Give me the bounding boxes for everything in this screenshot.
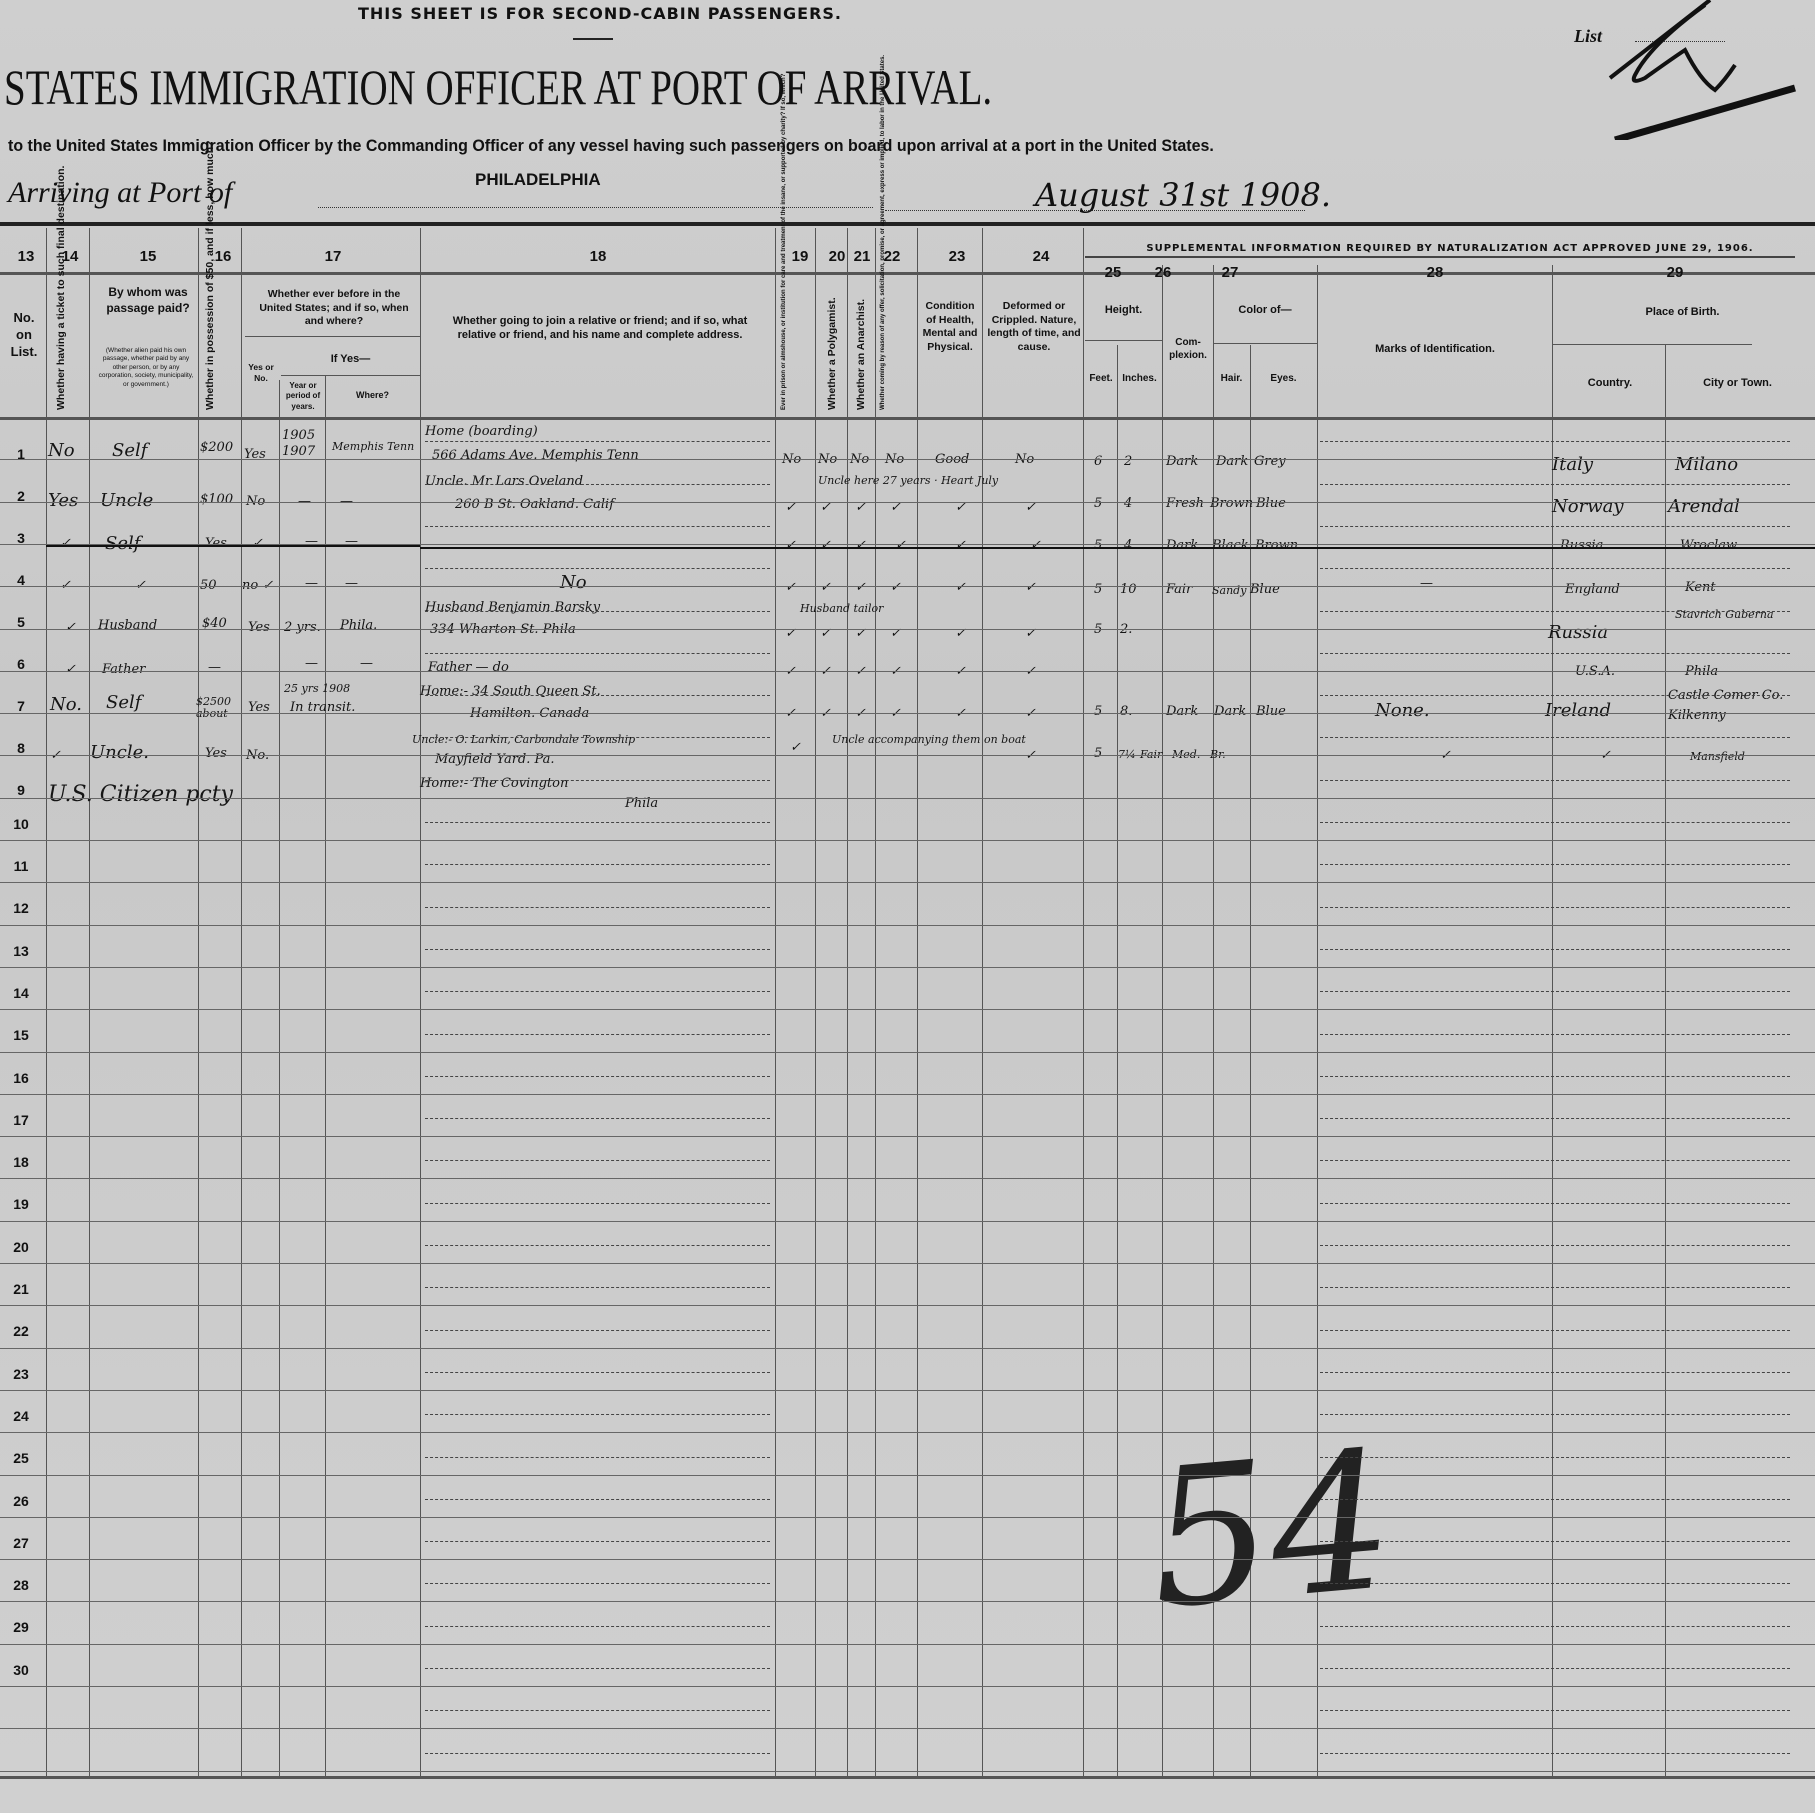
- r1-year: 1905 1907: [282, 428, 322, 459]
- row-rule: [0, 882, 1815, 883]
- col-num-27: 27: [1215, 264, 1245, 281]
- dotted-guide: [425, 1414, 770, 1415]
- dotted-guide: [1320, 484, 1790, 485]
- row3-strikethrough: [46, 545, 420, 547]
- r8-feet: 5: [1094, 746, 1102, 761]
- row-number: 10: [6, 816, 36, 832]
- hdr-ticket: Whether having a ticket to such final de…: [55, 240, 67, 410]
- row-number: 7: [6, 698, 36, 714]
- col-num-21: 21: [847, 248, 877, 265]
- r1-feet: 6: [1094, 454, 1102, 469]
- r8-note: Uncle accompanying them on boat: [832, 732, 1062, 749]
- dotted-guide: [425, 1583, 770, 1584]
- row-rule: [0, 1305, 1815, 1306]
- row3-strikethrough: [420, 547, 1815, 549]
- r3-inches: 4: [1124, 538, 1132, 553]
- dotted-guide: [1320, 1076, 1790, 1077]
- dotted-guide: [1320, 1372, 1790, 1373]
- r7-complexion: Dark: [1166, 704, 1198, 719]
- r1-join-1: Home (boarding): [425, 424, 538, 439]
- r3-anarchist: ✓: [855, 538, 866, 553]
- row-number: 12: [6, 900, 36, 916]
- hdr-ever-before: Whether ever before in the United States…: [250, 288, 418, 329]
- r1-money: $200: [200, 440, 233, 455]
- hdr-passage-note: (Whether alien paid his own passage, whe…: [96, 347, 196, 389]
- port-field-line: [318, 207, 873, 208]
- arriving-label: Arriving at Port of: [8, 176, 232, 210]
- row-rule: [0, 1771, 1815, 1772]
- r6-ticket: ✓: [65, 662, 76, 677]
- dotted-guide: [1320, 1245, 1790, 1246]
- row-number: 16: [6, 1070, 36, 1086]
- dotted-guide: [425, 1076, 770, 1077]
- col17-subrule: [245, 336, 420, 337]
- r2-complexion: Fresh: [1166, 496, 1204, 511]
- dotted-guide: [1320, 949, 1790, 950]
- hdr-prison: Ever in prison or almshouse, or institut…: [781, 270, 788, 410]
- r5-paid-by: Husband: [98, 618, 157, 633]
- col-divider: [1665, 345, 1666, 1776]
- row-number: 19: [6, 1196, 36, 1212]
- col27-subrule: [1213, 343, 1317, 344]
- hdr-where: Where?: [325, 390, 420, 402]
- dotted-guide: [1320, 1034, 1790, 1035]
- row-number: 28: [6, 1577, 36, 1593]
- r2-hair: Brown: [1210, 496, 1253, 511]
- col-num-24: 24: [1026, 248, 1056, 265]
- r5-country: Russia: [1548, 622, 1608, 643]
- hdr-year: Year or period of years.: [281, 381, 325, 412]
- r4-polygamist: ✓: [820, 580, 831, 595]
- banner-rule: [573, 38, 613, 40]
- dotted-guide: [425, 526, 770, 527]
- page-title: STATES IMMIGRATION OFFICER AT PORT OF AR…: [4, 58, 992, 116]
- r4-deformed: ✓: [1025, 580, 1036, 595]
- dotted-guide: [1320, 1541, 1790, 1542]
- dotted-guide: [1320, 1118, 1790, 1119]
- r8-join-1: Uncle:- O. Larkin, Carbondale Township: [412, 733, 635, 746]
- dotted-guide: [1320, 1499, 1790, 1500]
- r2-join-2: 260 B St. Oakland. Calif: [455, 497, 614, 512]
- bottom-rule: [0, 1776, 1815, 1779]
- hdr-feet: Feet.: [1085, 372, 1117, 385]
- dotted-guide: [1320, 1203, 1790, 1204]
- r1-ticket: No: [48, 440, 75, 461]
- header-rule: [0, 222, 1815, 226]
- dotted-guide: [1320, 737, 1790, 738]
- r4-marks: —: [1420, 576, 1433, 591]
- r8-prison: ✓: [790, 740, 801, 755]
- r7-inches: 8.: [1120, 704, 1132, 719]
- r4-join-1: No: [560, 572, 587, 593]
- row-number: 22: [6, 1323, 36, 1339]
- row-rule: [0, 1517, 1815, 1518]
- r5-year: 2 yrs.: [284, 620, 321, 635]
- dotted-guide: [425, 1118, 770, 1119]
- row-number: 13: [6, 943, 36, 959]
- row-rule: [0, 1052, 1815, 1053]
- col-num-29: 29: [1660, 264, 1690, 281]
- r1-hair: Dark: [1216, 454, 1248, 469]
- dotted-guide: [425, 949, 770, 950]
- hdr-hair: Hair.: [1213, 372, 1250, 385]
- row-number: 27: [6, 1535, 36, 1551]
- r9-join-1: Home:- The Covington: [420, 776, 568, 791]
- sheet-banner: THIS SHEET IS FOR SECOND-CABIN PASSENGER…: [0, 4, 1200, 23]
- r2-country: Norway: [1552, 496, 1624, 517]
- hdr-polygamist: Whether a Polygamist.: [826, 270, 838, 410]
- r4-complexion: Fair: [1166, 582, 1192, 597]
- col-divider: [1117, 345, 1118, 1776]
- r7-paid-by: Self: [106, 692, 141, 713]
- r5-where: Phila.: [340, 618, 377, 633]
- col29-subrule: [1552, 344, 1752, 345]
- r7-join-1: Home:- 34 South Queen St.: [420, 684, 601, 699]
- hdr-complexion: Com-plexion.: [1164, 336, 1212, 362]
- dotted-guide: [425, 1541, 770, 1542]
- row-rule: [0, 1601, 1815, 1602]
- r4-prison: ✓: [785, 580, 796, 595]
- row-rule: [0, 1009, 1815, 1010]
- row-rule: [0, 502, 1815, 503]
- dotted-guide: [425, 568, 770, 569]
- dotted-guide: [1320, 1414, 1790, 1415]
- dotted-guide: [425, 822, 770, 823]
- row-rule: [0, 1686, 1815, 1687]
- row-rule: [0, 1559, 1815, 1560]
- dotted-guide: [425, 1710, 770, 1711]
- list-handwritten-mark-icon: [1550, 0, 1810, 140]
- r5-before: Yes: [248, 620, 270, 635]
- r6-join-1: Father — do: [428, 660, 509, 675]
- row-rule: [0, 1221, 1815, 1222]
- row-number: 5: [6, 614, 36, 630]
- dotted-guide: [1320, 1160, 1790, 1161]
- col-num-19: 19: [785, 248, 815, 265]
- r2-ticket: Yes: [48, 490, 78, 511]
- r2-feet: 5: [1094, 496, 1102, 511]
- r4-city: Kent: [1685, 580, 1716, 595]
- r3-contract: ✓: [895, 538, 906, 553]
- dotted-guide: [425, 907, 770, 908]
- r4-eyes: Blue: [1250, 582, 1280, 597]
- hdr-anarchist: Whether an Anarchist.: [855, 270, 867, 410]
- dotted-guide: [425, 1457, 770, 1458]
- col-divider: [847, 228, 848, 1776]
- row-number: 18: [6, 1154, 36, 1170]
- row-rule: [0, 459, 1815, 460]
- r7-marks: None.: [1375, 700, 1430, 721]
- row-number: 15: [6, 1027, 36, 1043]
- col-divider: [1552, 265, 1553, 1776]
- hdr-if-yes: If Yes—: [281, 352, 420, 366]
- col-divider: [1083, 228, 1084, 1776]
- col-divider: [198, 228, 199, 1776]
- row-rule: [0, 1178, 1815, 1179]
- r4-feet: 5: [1094, 582, 1102, 597]
- dotted-guide: [1320, 611, 1790, 612]
- col-num-13: 13: [8, 248, 44, 265]
- r2-join-1: Uncle. Mr Lars Oveland: [425, 474, 583, 489]
- dotted-guide: [425, 484, 770, 485]
- row-rule: [0, 1644, 1815, 1645]
- r3-health: ✓: [955, 538, 966, 553]
- dotted-guide: [1320, 441, 1790, 442]
- row-number: 29: [6, 1619, 36, 1635]
- row-rule: [0, 1263, 1815, 1264]
- r7-eyes: Blue: [1256, 704, 1286, 719]
- col25-subrule: [1085, 340, 1162, 341]
- r7-hair: Dark: [1214, 704, 1246, 719]
- row-number: 24: [6, 1408, 36, 1424]
- row-rule: [0, 798, 1815, 799]
- hdr-height: Height.: [1085, 303, 1162, 317]
- r6-paid-by: Father: [102, 662, 145, 677]
- dotted-guide: [1320, 1710, 1790, 1711]
- dotted-guide: [425, 1499, 770, 1500]
- row-rule: [0, 840, 1815, 841]
- col-num-28: 28: [1420, 264, 1450, 281]
- r3-complexion: Dark: [1166, 538, 1198, 553]
- r4-contract: ✓: [890, 580, 901, 595]
- r3-deformed: ✓: [1030, 538, 1041, 553]
- r1-country: Italy: [1552, 454, 1593, 475]
- row-rule: [0, 629, 1815, 630]
- hdr-eyes: Eyes.: [1250, 372, 1317, 385]
- r5-ticket: ✓: [65, 620, 76, 635]
- dotted-guide: [425, 737, 770, 738]
- row-rule: [0, 967, 1815, 968]
- dotted-guide: [1320, 1668, 1790, 1669]
- row-rule: [0, 544, 1815, 545]
- dotted-guide: [425, 1160, 770, 1161]
- col-num-15: 15: [130, 248, 166, 265]
- col-divider: [241, 228, 242, 1776]
- r4-where: —: [345, 576, 358, 591]
- dotted-guide: [1320, 1626, 1790, 1627]
- row-number: 6: [6, 656, 36, 672]
- dotted-guide: [425, 1372, 770, 1373]
- row-number: 11: [6, 858, 36, 874]
- row-number: 14: [6, 985, 36, 1001]
- row-number: 17: [6, 1112, 36, 1128]
- r3-polygamist: ✓: [820, 538, 831, 553]
- header-bottom-rule: [0, 417, 1815, 420]
- dotted-guide: [425, 1287, 770, 1288]
- r8-paid-by: Uncle.: [90, 742, 149, 763]
- r2-eyes: Blue: [1256, 496, 1286, 511]
- dotted-guide: [425, 695, 770, 696]
- dotted-guide: [1320, 1330, 1790, 1331]
- dotted-guide: [1320, 864, 1790, 865]
- hdr-contract-labor: Whether coming by reason of any offer, s…: [880, 270, 887, 410]
- dotted-guide: [1320, 1287, 1790, 1288]
- row-number: 9: [6, 782, 36, 798]
- r4-health: ✓: [955, 580, 966, 595]
- supplemental-heading: SUPPLEMENTAL INFORMATION REQUIRED BY NAT…: [1090, 243, 1810, 254]
- row-number: 25: [6, 1450, 36, 1466]
- dotted-guide: [1320, 568, 1790, 569]
- page-subtitle: to the United States Immigration Officer…: [8, 136, 1214, 156]
- r1-where: Memphis Tenn: [332, 440, 414, 453]
- hdr-yes-no: Yes or No.: [243, 362, 279, 384]
- row-number: 21: [6, 1281, 36, 1297]
- dotted-guide: [425, 1668, 770, 1669]
- dotted-guide: [425, 991, 770, 992]
- r3-city: Wroclaw: [1680, 538, 1737, 553]
- r1-complexion: Dark: [1166, 454, 1198, 469]
- r1-join-2: 566 Adams Ave. Memphis Tenn: [432, 448, 639, 463]
- hdr-marks: Marks of Identification.: [1320, 342, 1550, 356]
- r7-year: 25 yrs 1908: [284, 682, 350, 695]
- dotted-guide: [1320, 1583, 1790, 1584]
- r3-hair: Black: [1212, 538, 1249, 553]
- dotted-guide: [425, 611, 770, 612]
- col-divider: [917, 228, 918, 1776]
- hdr-color-of: Color of—: [1213, 303, 1317, 317]
- r6-money: —: [208, 660, 221, 675]
- col-divider: [420, 228, 421, 1776]
- row-rule: [0, 671, 1815, 672]
- handwritten-annotation: 54: [1141, 1410, 1401, 1651]
- r1-inches: 2: [1124, 454, 1132, 469]
- dotted-guide: [1320, 1457, 1790, 1458]
- row-number: 26: [6, 1493, 36, 1509]
- r3-eyes: Brown: [1255, 538, 1298, 553]
- r4-country: England: [1565, 582, 1620, 597]
- col-divider: [982, 228, 983, 1776]
- col-divider: [46, 228, 47, 1776]
- dotted-guide: [1320, 526, 1790, 527]
- port-value: PHILADELPHIA: [475, 170, 601, 190]
- r6-where: —: [360, 656, 373, 671]
- col-divider: [815, 228, 816, 1776]
- dotted-guide: [1320, 653, 1790, 654]
- r2-inches: 4: [1124, 496, 1132, 511]
- row-rule: [0, 925, 1815, 926]
- col-divider: [875, 228, 876, 1776]
- col-divider: [89, 228, 90, 1776]
- r1-eyes: Grey: [1254, 454, 1286, 469]
- arrival-date: August 31st 1908.: [1035, 176, 1331, 214]
- r8-money: Yes: [205, 746, 227, 761]
- row-rule: [0, 1728, 1815, 1729]
- dotted-guide: [1320, 1753, 1790, 1754]
- r5-note: Husband tailor: [800, 602, 883, 615]
- r5-join-1: Husband Benjamin Barsky: [425, 600, 600, 615]
- r3-prison: ✓: [785, 538, 796, 553]
- supplemental-rule: [1085, 256, 1795, 258]
- hdr-passage-paid: By whom was passage paid?: [100, 285, 196, 316]
- col-num-18: 18: [580, 248, 616, 265]
- hdr-no-on-list: No. on List.: [4, 310, 44, 361]
- r4-year: —: [305, 576, 318, 591]
- dotted-guide: [425, 1626, 770, 1627]
- hdr-deformed: Deformed or Crippled. Nature, length of …: [986, 300, 1082, 355]
- dotted-guide: [425, 1330, 770, 1331]
- dotted-guide: [425, 441, 770, 442]
- r7-city: Castle Comer Co. Kilkenny: [1668, 686, 1808, 725]
- col-divider: [279, 380, 280, 1776]
- r7-money: $2500 about: [196, 696, 240, 720]
- r8-city: Mansfield: [1690, 750, 1745, 763]
- row-rule: [0, 1348, 1815, 1349]
- col-num-17: 17: [315, 248, 351, 265]
- hdr-inches: Inches.: [1117, 372, 1162, 385]
- row-rule: [0, 1094, 1815, 1095]
- hdr-join-relative: Whether going to join a relative or frie…: [450, 314, 750, 343]
- row-rule: [0, 1390, 1815, 1391]
- row-rule: [0, 1432, 1815, 1433]
- col-num-26: 26: [1148, 264, 1178, 281]
- r2-money: $100: [200, 492, 233, 507]
- r2-city: Arendal: [1668, 496, 1740, 517]
- dotted-guide: [425, 1245, 770, 1246]
- hdr-city: City or Town.: [1665, 376, 1810, 390]
- r1-city: Milano: [1675, 454, 1738, 475]
- dotted-guide: [425, 1034, 770, 1035]
- row-rule: [0, 713, 1815, 714]
- hdr-fifty-dollars: Whether in possession of $50, and if les…: [204, 240, 216, 410]
- dotted-guide: [425, 653, 770, 654]
- dotted-guide: [1320, 695, 1790, 696]
- col17-subrule: [281, 375, 420, 376]
- col-num-25: 25: [1098, 264, 1128, 281]
- r4-anarchist: ✓: [855, 580, 866, 595]
- r7-country: Ireland: [1545, 700, 1611, 721]
- dotted-guide: [1320, 822, 1790, 823]
- row-rule: [0, 586, 1815, 587]
- row-number: 20: [6, 1239, 36, 1255]
- col-divider: [775, 228, 776, 1776]
- r6-year: —: [305, 656, 318, 671]
- r2-note: Uncle here 27 years · Heart July: [818, 474, 998, 487]
- dotted-guide: [1320, 780, 1790, 781]
- col-num-23: 23: [942, 248, 972, 265]
- row-number: 8: [6, 740, 36, 756]
- dotted-guide: [425, 1753, 770, 1754]
- r4-inches: 10: [1120, 582, 1137, 597]
- dotted-guide: [425, 780, 770, 781]
- r1-paid-by: Self: [112, 440, 147, 461]
- row-rule: [0, 755, 1815, 756]
- row-number: 23: [6, 1366, 36, 1382]
- r3-feet: 5: [1094, 538, 1102, 553]
- row-rule: [0, 1136, 1815, 1137]
- dotted-guide: [1320, 991, 1790, 992]
- r7-feet: 5: [1094, 704, 1102, 719]
- hdr-place-of-birth: Place of Birth.: [1555, 305, 1810, 319]
- hdr-health: Condition of Health, Mental and Physical…: [920, 300, 980, 355]
- row-rule: [0, 1475, 1815, 1476]
- hdr-country: Country.: [1555, 376, 1665, 390]
- r2-paid-by: Uncle: [100, 490, 153, 511]
- r7-ticket: No.: [50, 694, 82, 715]
- dotted-guide: [1320, 907, 1790, 908]
- manifest-page: THIS SHEET IS FOR SECOND-CABIN PASSENGER…: [0, 0, 1815, 1813]
- row-number: 30: [6, 1662, 36, 1678]
- r3-country: Russia: [1560, 538, 1603, 553]
- dotted-guide: [425, 1203, 770, 1204]
- r9-citizen-note: U.S. Citizen pcty: [48, 782, 233, 807]
- dotted-guide: [425, 864, 770, 865]
